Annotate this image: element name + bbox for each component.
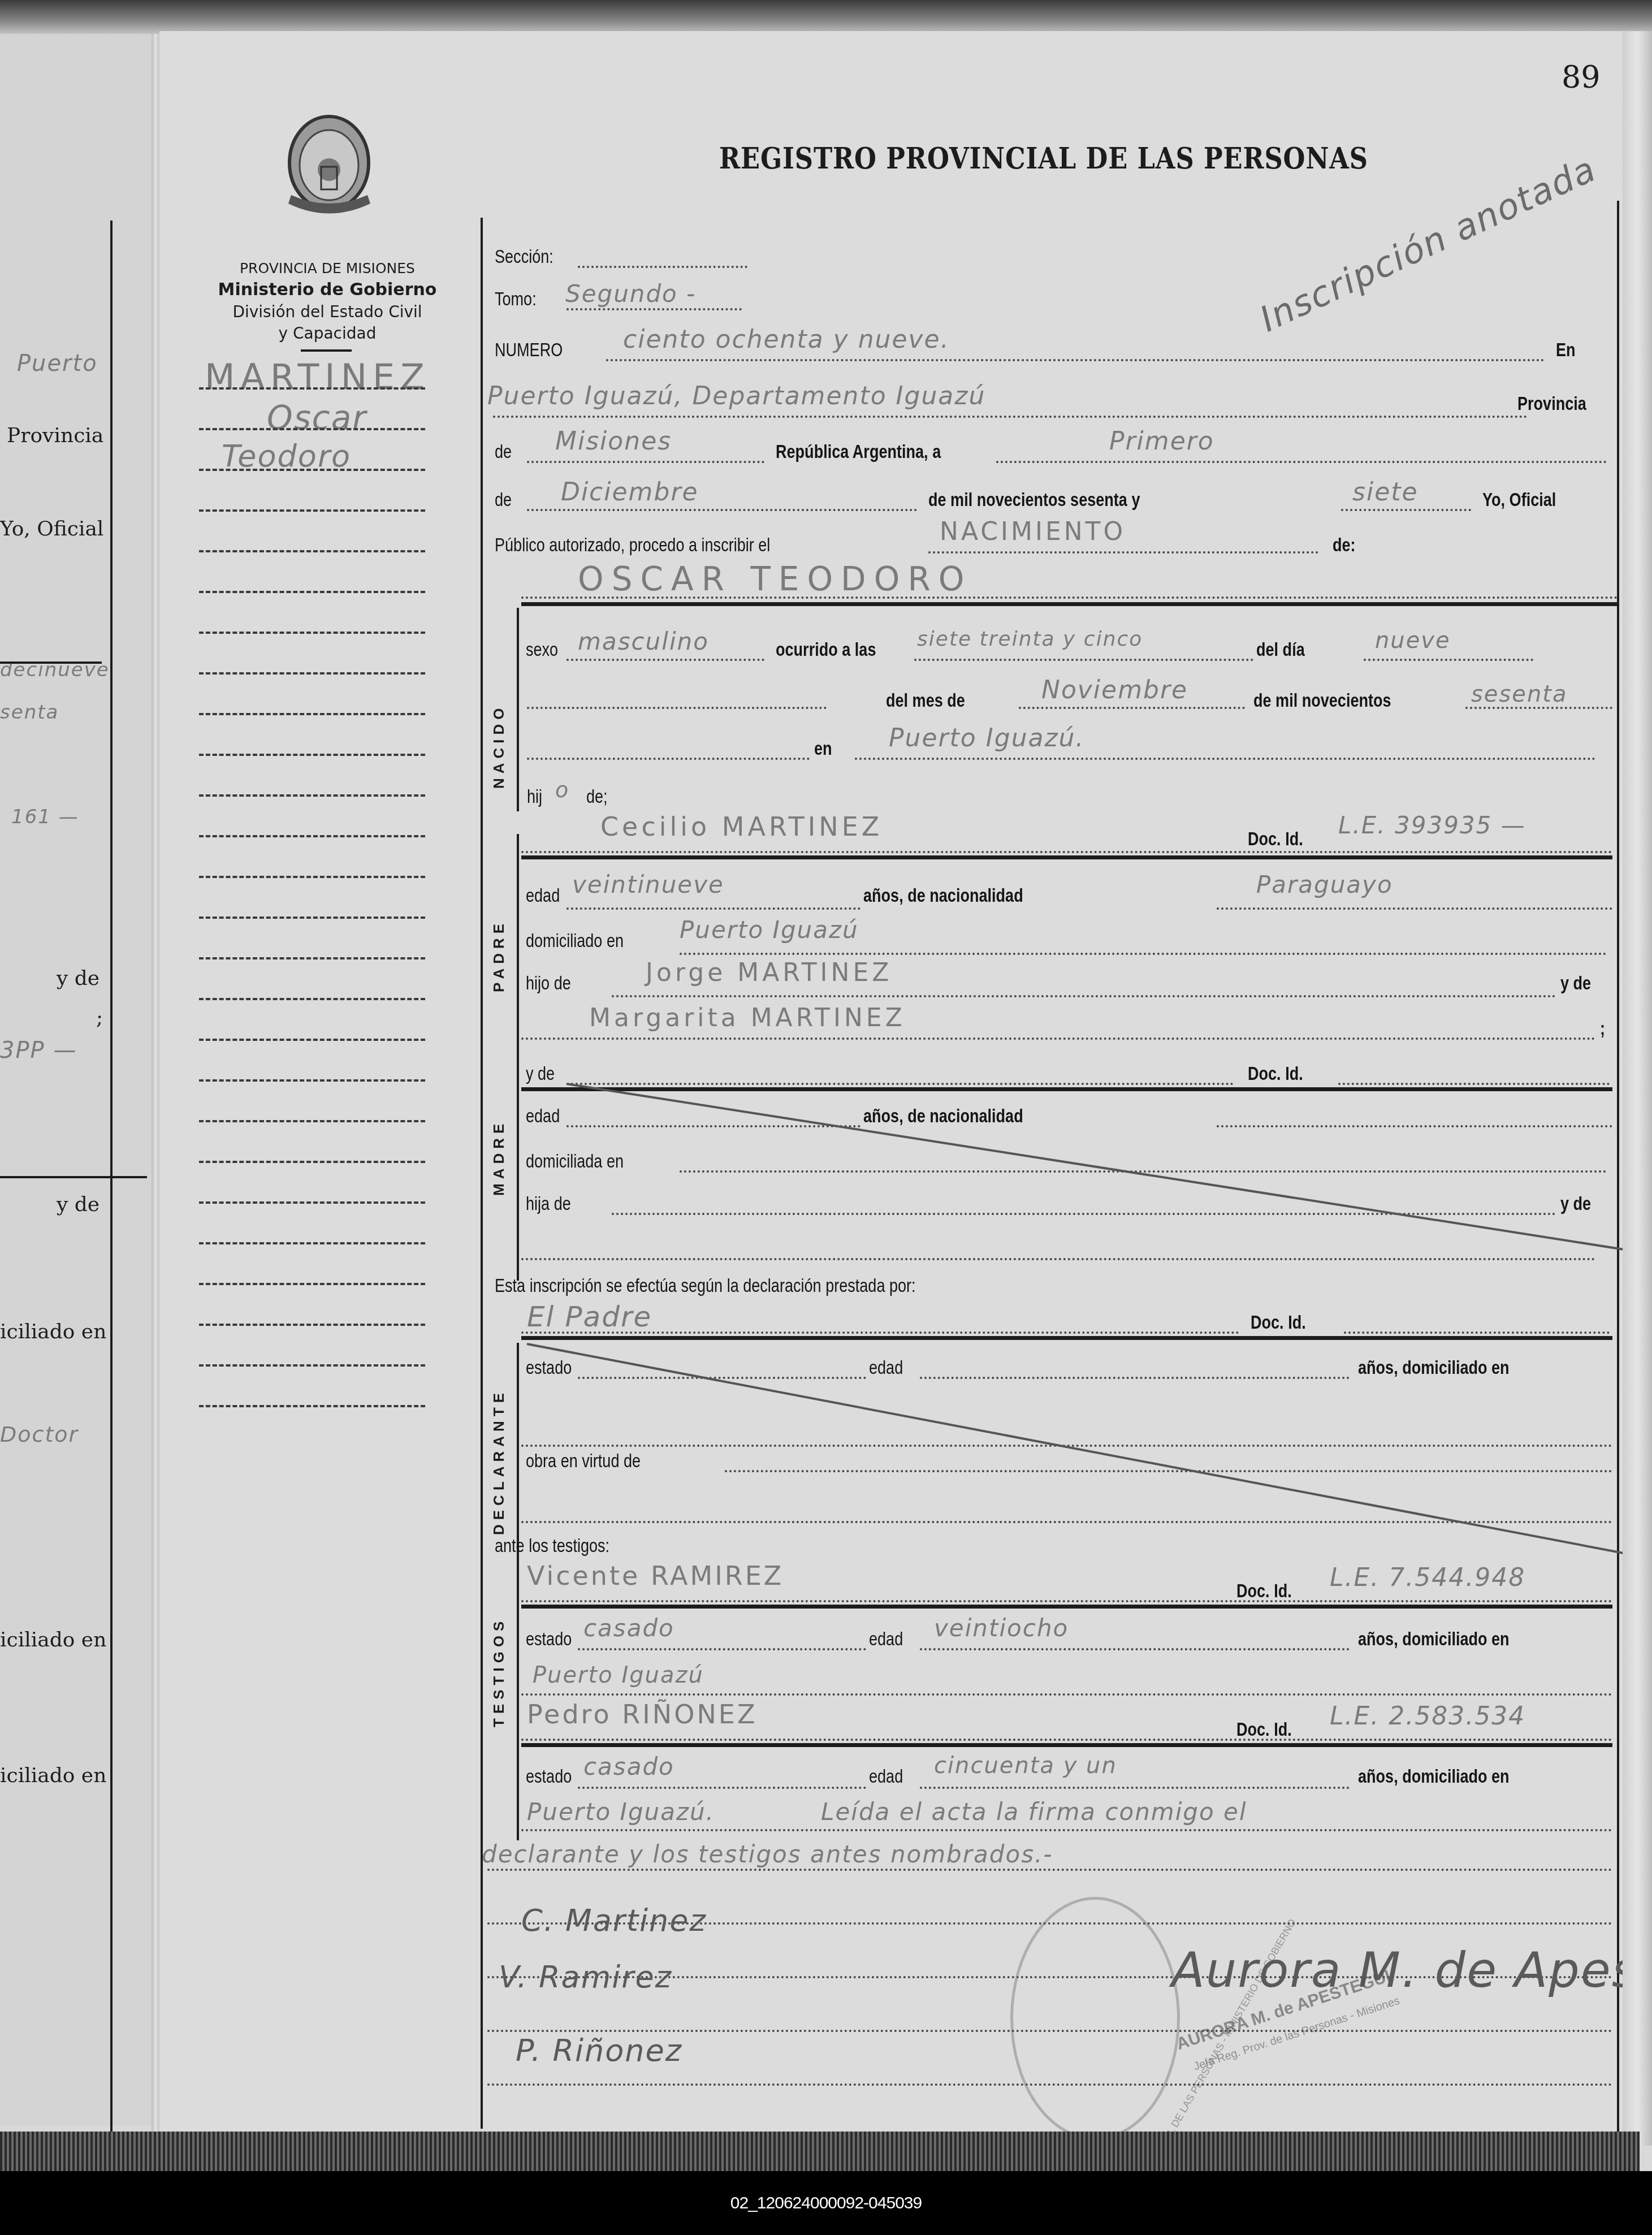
margin-line (199, 917, 425, 919)
testigo-1-domicilio-label: años, domiciliado en (1358, 1628, 1510, 1650)
cierre-line-2: declarante y los testigos antes nombrado… (482, 1840, 1053, 1868)
testigo-1-doc-label: Doc. Id. (1236, 1580, 1292, 1602)
cierre-field-2 (487, 1869, 1612, 1871)
prev-handwritten: 3PP — (0, 1037, 77, 1064)
margin-line (199, 1039, 425, 1041)
prev-label: Provincia (7, 424, 103, 447)
lugar-value[interactable]: Puerto Iguazú, Departamento Iguazú (487, 382, 985, 410)
padre-domicilio-value[interactable]: Puerto Iguazú (680, 916, 859, 944)
declarante-domicilio-label: años, domiciliado en (1358, 1357, 1510, 1378)
padre-side-label: PADRE (490, 919, 508, 992)
margin-line (199, 672, 425, 675)
cierre-line-1: Leída el acta la firma conmigo el (821, 1798, 1247, 1826)
prev-label: ; (96, 1006, 103, 1030)
madre-doc-field[interactable] (1338, 1083, 1610, 1085)
padre-doc-value[interactable]: L.E. 393935 — (1338, 811, 1526, 839)
margin-line (199, 509, 425, 512)
testigo-2-domicilio-value[interactable]: Puerto Iguazú. (527, 1798, 715, 1826)
testigo-1-estado-value[interactable]: casado (583, 1614, 674, 1642)
abuela-value[interactable]: Margarita MARTINEZ (589, 1004, 906, 1032)
testigo-1-nombre-value[interactable]: Vicente RAMIREZ (527, 1560, 784, 1591)
acto-label: Público autorizado, procedo a inscribir … (495, 534, 770, 556)
abuela-field (521, 1037, 1595, 1040)
declarante-estado-field[interactable] (578, 1377, 866, 1379)
declarante-nombre-field (521, 1332, 1239, 1334)
tomo-label: Tomo: (495, 288, 537, 310)
acto-field (928, 551, 1318, 554)
signature-testigo-1: V. Ramirez (499, 1959, 672, 1995)
margin-line (199, 1201, 425, 1204)
sexo-label: sexo (526, 639, 558, 660)
declarante-edad-field[interactable] (920, 1377, 1350, 1379)
sexo-value[interactable]: masculino (578, 628, 709, 655)
prev-label: Yo, Oficial (0, 517, 103, 541)
madre-nombre-field[interactable] (566, 1083, 1234, 1085)
prev-label: iciliado en (0, 1764, 106, 1787)
nacido-en-pre-field (527, 758, 810, 760)
declarante-obra-field[interactable] (725, 1470, 1612, 1472)
section-divider (521, 855, 1612, 859)
testigo-2-edad-value[interactable]: cincuenta y un (934, 1753, 1117, 1779)
previous-page-border (110, 221, 113, 2143)
testigo-1-edad-value[interactable]: veintiocho (934, 1614, 1069, 1642)
provincia-value[interactable]: Misiones (555, 427, 672, 456)
madre-nacionalidad-label: años, de nacionalidad (863, 1105, 1023, 1127)
prev-label: iciliado en (0, 1320, 106, 1343)
hij-de-label: de; (586, 786, 608, 807)
declarante-doc-label: Doc. Id. (1251, 1312, 1306, 1333)
declarante-side-label: DECLARANTE (490, 1389, 508, 1535)
seccion-field[interactable] (578, 266, 747, 268)
prev-handwritten: Puerto (17, 351, 98, 377)
declarante-estado-label: estado (526, 1357, 572, 1378)
declarante-extra-field[interactable] (521, 1521, 1612, 1523)
provincia-label: Provincia (1517, 393, 1586, 414)
margin-line (199, 754, 425, 756)
section-divider (521, 1336, 1612, 1340)
page-title: REGISTRO PROVINCIAL DE LAS PERSONAS (719, 141, 1368, 176)
margin-line (199, 591, 425, 593)
madre-edad-label: edad (526, 1105, 560, 1127)
section-divider (521, 602, 1618, 606)
signature-testigo-2: P. Riñonez (516, 2033, 682, 2068)
nacido-en-value[interactable]: Puerto Iguazú. (889, 724, 1084, 753)
testigo-2-nombre-field (521, 1739, 1612, 1741)
margin-line (199, 1161, 425, 1163)
numero-field (606, 359, 1545, 361)
nacido-side-label: NACIDO (490, 703, 508, 789)
scan-id-footer: 02_120624000092-045039 (0, 2171, 1652, 2235)
section-divider (521, 1605, 1612, 1609)
mes-pre-field (527, 707, 827, 709)
testigo-1-doc-value[interactable]: L.E. 7.544.948 (1330, 1563, 1525, 1592)
declarante-edad-label: edad (869, 1357, 903, 1378)
testigo-1-edad-field (920, 1648, 1350, 1650)
mil-novecientos-label: de mil novecientos sesenta y (928, 489, 1140, 511)
mes-registro-field (527, 509, 917, 511)
padre-doc-label: Doc. Id. (1248, 828, 1303, 850)
declarante-doc-field[interactable] (1344, 1332, 1610, 1334)
anio-field (1465, 707, 1612, 709)
acto-value[interactable]: NACIMIENTO (940, 517, 1126, 546)
prev-label: iciliado en (0, 1628, 106, 1652)
page-number: 89 (1562, 59, 1601, 95)
madre-extra-field[interactable] (521, 1258, 1595, 1260)
madre-side-label: MADRE (490, 1119, 508, 1196)
margin-line (199, 387, 425, 390)
margin-line (199, 1364, 425, 1367)
prev-label: y de (57, 1193, 100, 1216)
testigo-2-edad-field (920, 1787, 1350, 1789)
anio-registro-field (1341, 509, 1471, 511)
form-right-border (1617, 201, 1619, 2134)
mes-label: del mes de (886, 690, 965, 711)
padre-bracket (517, 834, 519, 1071)
testigo-2-nombre-value[interactable]: Pedro RIÑONEZ (527, 1699, 757, 1730)
padre-domicilio-label: domiciliado en (526, 930, 624, 952)
margin-line (199, 957, 425, 959)
dia-value[interactable]: nueve (1375, 628, 1451, 654)
padre-nacionalidad-value[interactable]: Paraguayo (1256, 871, 1393, 898)
numero-label: NUMERO (495, 339, 563, 361)
margin-first-name: Oscar (267, 399, 367, 437)
padre-nombre-value[interactable]: Cecilio MARTINEZ (600, 811, 883, 842)
sexo-field (566, 659, 764, 661)
margin-line (199, 1405, 425, 1407)
anio-registro-value[interactable]: siete (1352, 478, 1419, 507)
tomo-field (566, 308, 742, 310)
testigo-1-estado-label: estado (526, 1628, 572, 1650)
padre-semicolon: ; (1600, 1018, 1605, 1039)
margin-line (199, 998, 425, 1000)
mes-value[interactable]: Noviembre (1041, 676, 1188, 704)
padre-y-de-label: y de (1560, 972, 1591, 994)
official-seal-stamp: REGISTRO PROVINCIAL DE LAS PERSONAS - MI… (1010, 1897, 1180, 2140)
provincia-field (527, 461, 764, 463)
inscripto-field (521, 596, 1618, 599)
madre-edad-field[interactable] (566, 1125, 860, 1127)
numero-value[interactable]: ciento ochenta y nueve. (623, 325, 950, 354)
testigo-2-estado-value[interactable]: casado (583, 1753, 674, 1780)
header-divider (301, 349, 352, 352)
divider (0, 662, 102, 664)
divider (0, 1176, 147, 1178)
padre-nacionalidad-field (1217, 907, 1612, 910)
hij-suffix-value[interactable]: o (555, 777, 569, 802)
margin-line (199, 1120, 425, 1122)
testigo-2-domicilio-label: años, domiciliado en (1358, 1766, 1510, 1787)
madre-hija-de-label: hija de (526, 1193, 571, 1214)
yo-oficial-label: Yo, Oficial (1482, 489, 1556, 511)
dia-field (1364, 659, 1533, 661)
margin-line (199, 876, 425, 878)
testigos-bracket (517, 1580, 519, 1840)
abuelo-field (612, 995, 1556, 997)
margin-line (199, 1283, 425, 1285)
declarante-obra-label: obra en virtud de (526, 1450, 641, 1472)
prev-handwritten: Doctor (0, 1422, 79, 1447)
padre-nacionalidad-label: años, de nacionalidad (863, 885, 1023, 906)
padre-edad-value[interactable]: veintinueve (572, 871, 724, 898)
testigos-intro: ante los testigos: (495, 1535, 609, 1557)
scanned-document: Puerto Provincia Yo, Oficial decinueve s… (0, 0, 1652, 2171)
testigo-2-doc-value[interactable]: L.E. 2.583.534 (1330, 1702, 1525, 1731)
testigo-2-doc-label: Doc. Id. (1236, 1719, 1292, 1740)
margin-line (199, 550, 425, 552)
book-gutter (152, 34, 159, 2137)
dia-label: del día (1256, 639, 1305, 660)
prev-handwritten: 161 — (11, 806, 79, 828)
section-divider (521, 1743, 1612, 1747)
madre-bracket (517, 1054, 519, 1281)
nacido-en-field (855, 758, 1595, 760)
testigo-1-nombre-field (521, 1600, 1612, 1602)
signature-padre: C. Martinez (521, 1903, 707, 1938)
margin-line (199, 428, 425, 430)
anio-value[interactable]: sesenta (1471, 681, 1567, 707)
declaracion-intro: Esta inscripción se efectúa según la dec… (495, 1275, 916, 1296)
testigo-1-domicilio-value[interactable]: Puerto Iguazú (533, 1662, 704, 1688)
madre-doc-label: Doc. Id. (1248, 1063, 1303, 1084)
margin-line (199, 713, 425, 715)
madre-y-de-label-2: y de (1560, 1193, 1591, 1214)
margin-annotation: Inscripción anotada (1253, 148, 1602, 340)
book-binding (0, 2132, 1640, 2171)
margin-line (199, 632, 425, 634)
testigo-2-edad-label: edad (869, 1766, 903, 1787)
section-divider (521, 1087, 1612, 1091)
header-line-province: PROVINCIA DE MISIONES (217, 260, 438, 276)
lugar-field (493, 416, 1528, 418)
page-edge (1623, 31, 1652, 2146)
prev-handwritten: senta (0, 701, 59, 724)
dia-registro-value[interactable]: Primero (1109, 427, 1214, 456)
hij-label: hij (527, 786, 542, 807)
margin-line (199, 1242, 425, 1244)
testigo-2-estado-field (578, 1787, 866, 1789)
anio-label: de mil novecientos (1253, 690, 1391, 711)
madre-hija-de-field[interactable] (612, 1213, 1556, 1215)
cierre-field-1 (521, 1829, 1612, 1831)
fecha-prefix: de (495, 489, 512, 511)
en-label: En (1556, 339, 1576, 361)
padre-edad-label: edad (526, 885, 560, 906)
mes-registro-value[interactable]: Diciembre (561, 478, 699, 507)
header-line-division: División del Estado Civil (211, 302, 443, 321)
testigo-1-domicilio-field (521, 1693, 1612, 1696)
testigo-1-edad-label: edad (869, 1628, 903, 1650)
registry-page: 89 REGISTRO PROVINCIAL DE LAS PERSONAS P… (159, 31, 1629, 2146)
hora-value[interactable]: siete treinta y cinco (917, 628, 1143, 651)
provincial-crest-icon (277, 113, 382, 221)
madre-y-de-label: y de (526, 1063, 555, 1084)
nacido-en-label: en (814, 738, 832, 759)
margin-line (199, 1079, 425, 1082)
margin-line (199, 794, 425, 797)
republica-label: República Argentina, a (776, 441, 941, 462)
declarante-nombre-value[interactable]: El Padre (527, 1300, 652, 1333)
header-line-capacity: y Capacidad (217, 324, 438, 343)
seccion-label: Sección: (495, 246, 553, 267)
margin-line (199, 469, 425, 471)
inscripto-value[interactable]: OSCAR TEODORO (578, 560, 972, 598)
madre-domicilio-label: domiciliada en (526, 1151, 624, 1172)
signature-oficial: Aurora M. de Apesteguí (1171, 1942, 1652, 1999)
testigos-side-label: TESTIGOS (490, 1617, 508, 1727)
previous-page: Puerto Provincia Yo, Oficial decinueve s… (0, 34, 153, 2126)
provincia-prefix: de (495, 441, 512, 462)
hora-label: ocurrido a las (776, 639, 876, 660)
margin-line (199, 1324, 425, 1326)
mes-field (1019, 707, 1245, 709)
header-line-ministry: Ministerio de Gobierno (200, 280, 455, 300)
hora-field (914, 659, 1253, 661)
margin-surname: MARTINEZ (205, 356, 430, 397)
padre-domicilio-field (680, 953, 1607, 955)
testigo-2-estado-label: estado (526, 1766, 572, 1787)
padre-nombre-field (521, 851, 1612, 853)
abuelo-value[interactable]: Jorge MARTINEZ (646, 958, 892, 987)
prev-label: y de (57, 967, 100, 990)
madre-domicilio-field[interactable] (680, 1170, 1607, 1173)
dia-registro-field (996, 461, 1607, 463)
padre-edad-field (566, 907, 860, 910)
testigo-1-estado-field (578, 1648, 866, 1650)
tomo-value[interactable]: Segundo - (565, 280, 696, 308)
padre-hijo-de-label: hijo de (526, 972, 571, 994)
margin-line (199, 835, 425, 837)
nacido-bracket (517, 608, 519, 811)
de-label: de: (1333, 534, 1356, 556)
madre-nacionalidad-field[interactable] (1217, 1125, 1612, 1127)
